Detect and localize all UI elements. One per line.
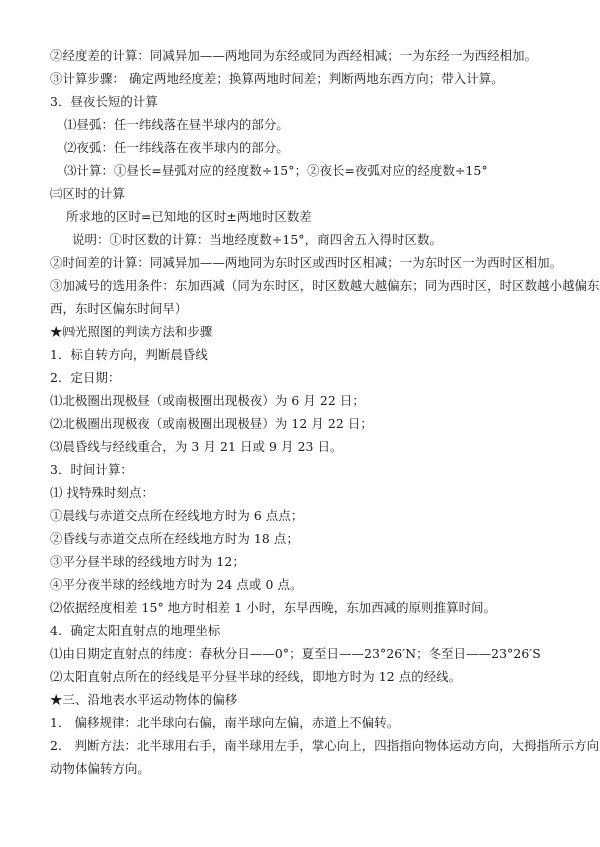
text-line-night-arc: ⑵夜弧：任一纬线落在夜半球内的部分。: [64, 140, 289, 156]
text-line-noon-meridian: ③平分昼半球的经线地方时为 12；: [50, 554, 245, 570]
text-line-hand-rule-cont: 动物体偏转方向。: [50, 761, 150, 777]
text-line-special-times: ⑴ 找特殊时刻点：: [50, 485, 154, 501]
heading-subsolar-point: 4．确定太阳直射点的地理坐标: [50, 623, 220, 639]
text-line-deflection-rule: 1． 偏移规律：北半球向右偏，南半球向左偏，赤道上不偏转。: [50, 715, 399, 731]
heading-deflection: ★三、沿地表水平运动物体的偏移: [50, 692, 237, 708]
text-line-dusk-line: ②昏线与赤道交点所在经线地方时为 18 点；: [50, 531, 299, 547]
heading-day-night-length: 3．昼夜长短的计算: [50, 94, 158, 110]
text-line-calc-steps: ③计算步骤： 确定两地经度差；换算两地时间差；判断两地东西方向；带入计算。: [50, 71, 504, 87]
text-line-time-diff: ②时间差的计算：同减异加——两地同为东时区或西时区相减；一为东时区一为西时区相加…: [50, 255, 562, 271]
text-line-longitude-diff: ②经度差的计算：同减异加——两地同为东经或同为西经相减；一为东经一为西经相加。: [50, 48, 537, 64]
text-line-sign-rule: ③加减号的选用条件：东加西减（同为东时区，时区数越大越偏东；同为西时区，时区数越…: [50, 278, 600, 294]
text-line-summer-solstice: ⑴北极圈出现极昼（或南极圈出现极夜）为 6 月 22 日；: [50, 393, 365, 409]
text-line-arc-calc: ⑶计算：①昼长=昼弧对应的经度数÷15°；②夜长=夜弧对应的经度数÷15°: [64, 163, 488, 179]
heading-illumination-diagram: ★㈣光照图的判读方法和步骤: [50, 324, 212, 340]
text-line-hand-rule: 2． 判断方法：北半球用右手，南半球用左手，掌心向上，四指指向物体运动方向，大拇…: [50, 738, 600, 754]
text-line-subsolar-latitude: ⑴由日期定直射点的纬度：春秋分日——0°；夏至日——23°26′N；冬至日——2…: [50, 646, 541, 662]
text-line-winter-solstice: ⑵北极圈出现极夜（或南极圈出现极昼）为 12 月 22 日；: [50, 416, 373, 432]
text-line-dawn-line: ①晨线与赤道交点所在经线地方时为 6 点点；: [50, 508, 303, 524]
text-line-longitude-rule: ⑵依据经度相差 15° 地方时相差 1 小时，东早西晚，东加西减的原则推算时间。: [50, 600, 496, 616]
heading-time-calc: 3．时间计算：: [50, 462, 133, 478]
text-line-rotation-direction: 1．标自转方向，判断晨昏线: [50, 347, 208, 363]
text-line-subsolar-longitude: ⑵太阳直射点所在的经线是平分昼半球的经线，即地方时为 12 点的经线。: [50, 669, 461, 685]
text-line-zone-formula: 所求地的区时=已知地的区时±两地时区数差: [66, 209, 312, 225]
heading-determine-date: 2．定日期：: [50, 370, 120, 386]
heading-zone-time: ㈢区时的计算: [50, 186, 125, 202]
text-line-midnight-meridian: ④平分夜半球的经线地方时为 24 点或 0 点。: [50, 577, 302, 593]
text-line-zone-note: 说明：①时区数的计算：当地经度数÷15°，商四舍五入得时区数。: [72, 232, 442, 248]
text-line-day-arc: ⑴昼弧：任一纬线落在昼半球内的部分。: [64, 117, 289, 133]
document-page: ②经度差的计算：同减异加——两地同为东经或同为西经相减；一为东经一为西经相加。 …: [0, 0, 600, 847]
text-line-sign-rule-cont: 西，东时区偏东时间早）: [50, 301, 187, 317]
text-line-equinox: ⑶晨昏线与经线重合，为 3 月 21 日或 9 月 23 日。: [50, 439, 343, 455]
